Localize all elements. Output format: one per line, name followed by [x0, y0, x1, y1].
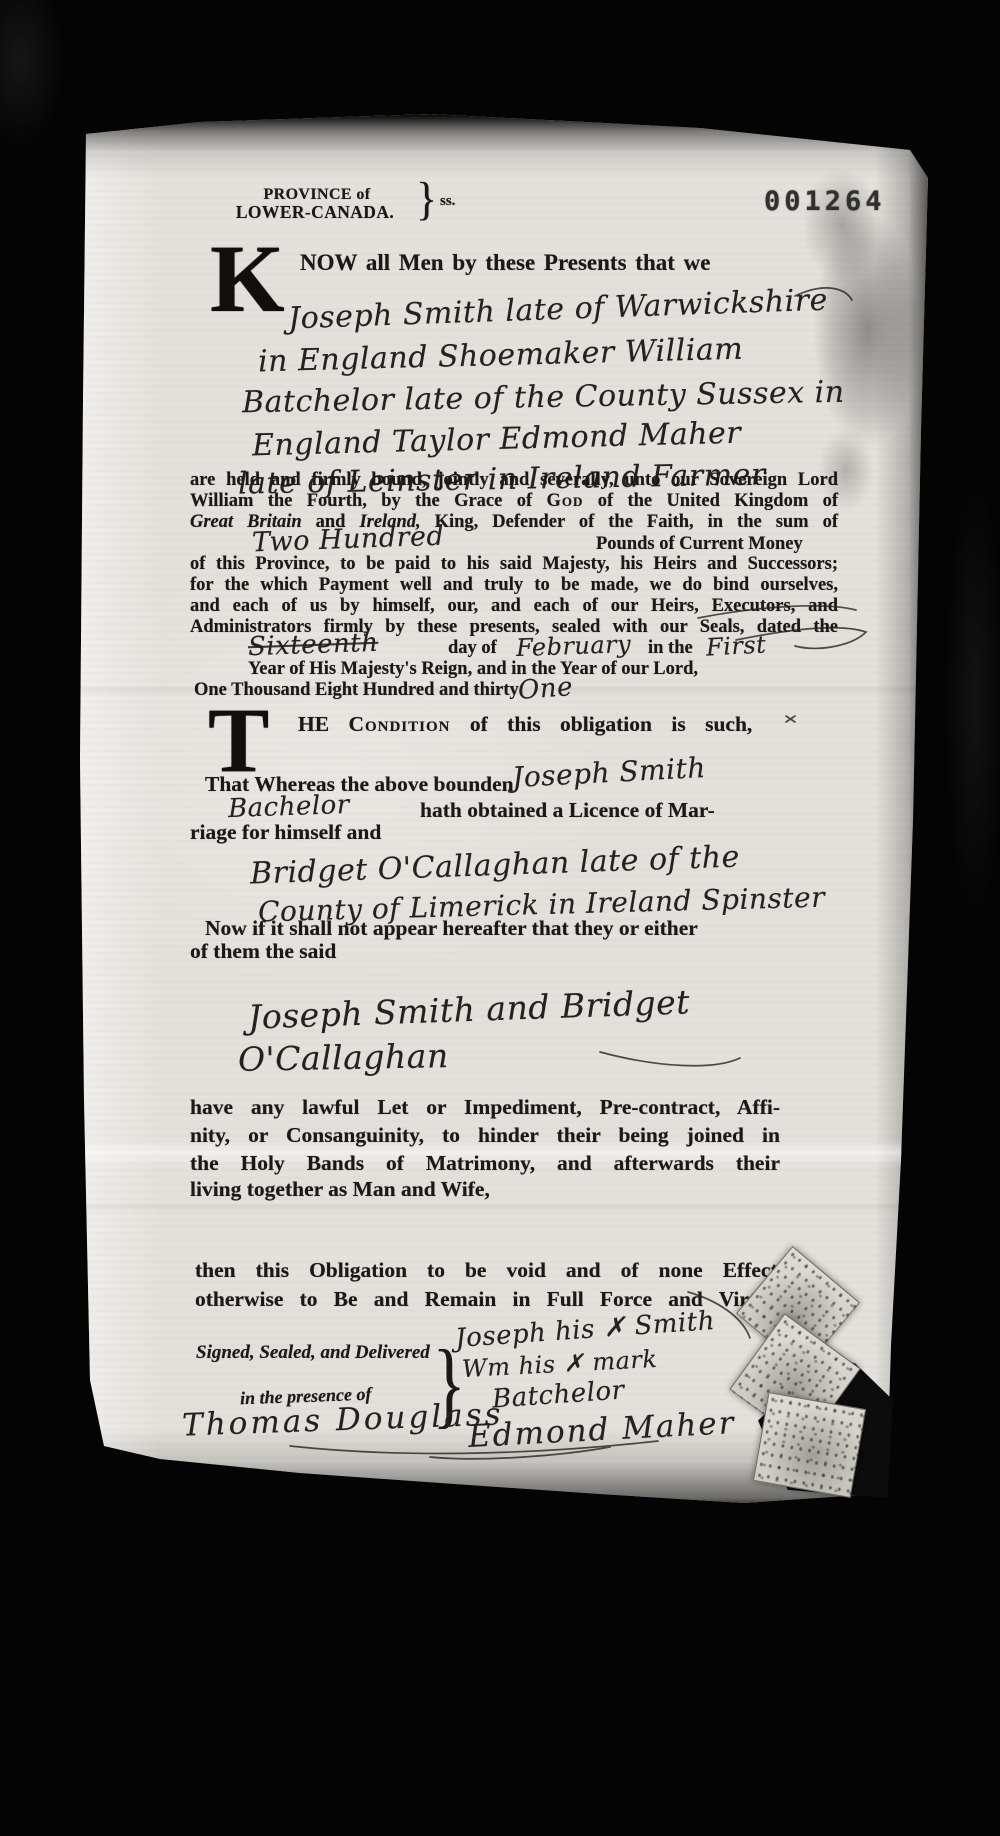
- dropcap-t: T: [208, 702, 269, 778]
- whereas-line2: hath obtained a Licence of Mar-: [420, 798, 715, 823]
- now-if-line2: of them the said: [190, 939, 336, 964]
- condition-heading: HE Condition of this obligation is such,: [298, 712, 846, 737]
- bond-line2-a: William the Fourth, by the Grace of: [190, 491, 532, 511]
- handwritten-groom-status: Bachelor: [228, 790, 351, 824]
- bond-clause-line1: are held and firmly bound, jointly and s…: [190, 470, 838, 491]
- handwritten-month: February: [516, 630, 632, 662]
- handwritten-day: Sixteenth: [248, 628, 379, 663]
- impediment-line1: have any lawful Let or Impediment, Pre-c…: [190, 1093, 780, 1122]
- now-if-line1: Now if it shall not appear hereafter tha…: [205, 916, 698, 941]
- attestation-line1: Signed, Sealed, and Delivered: [196, 1342, 430, 1364]
- whereas-line3: riage for himself and: [190, 820, 381, 845]
- dropcap-k: K: [210, 240, 285, 318]
- bond-line3-rest: King, Defender of the Faith, in the sum …: [435, 512, 838, 532]
- handwritten-year-one: One: [517, 672, 574, 706]
- bond-line2-god: God: [546, 491, 583, 511]
- serial-number-stamp: 001264: [764, 186, 886, 217]
- impediment-line3: the Holy Bands of Matrimony, and afterwa…: [190, 1149, 780, 1178]
- impediment-line2: nity, or Consanguinity, to hinder their …: [190, 1121, 780, 1150]
- regnal-line: Year of His Majesty's Reign, and in the …: [248, 659, 698, 680]
- bond-clause-line5: of this Province, to be paid to his said…: [190, 554, 838, 575]
- header-ss-abbreviation: ss.: [440, 193, 455, 210]
- header-brace: }: [416, 173, 437, 227]
- paper-seal-bottom: [753, 1392, 866, 1498]
- condition-word: Condition: [348, 712, 450, 736]
- handwritten-regnal-year: First: [705, 630, 767, 661]
- condition-rest: of this obligation is such,: [470, 712, 752, 736]
- printed-day-of: day of: [448, 638, 497, 659]
- province-header-line2: LOWER-CANADA.: [206, 202, 424, 223]
- bond-clause-line7: and each of us by himself, our, and each…: [190, 596, 838, 617]
- impediment-line4: living together as Man and Wife,: [190, 1177, 490, 1202]
- bond-clause-line2: William the Fourth, by the Grace of God …: [190, 491, 838, 512]
- know-all-men-line: NOW all Men by these Presents that we: [300, 250, 710, 276]
- bond-clause-line4: Pounds of Current Money: [596, 534, 803, 555]
- bond-clause-line6: for the which Payment well and truly to …: [190, 575, 838, 596]
- handwritten-couple-line2: O'Callaghan: [238, 1036, 449, 1079]
- condition-he: HE: [298, 712, 329, 736]
- bond-line2-b: of the United Kingdom of: [598, 491, 838, 511]
- scanned-document-page: PROVINCE of LOWER-CANADA. } ss. 001264 K…: [0, 0, 1000, 1836]
- void-clause-line1: then this Obligation to be void and of n…: [195, 1256, 783, 1285]
- printed-in-the: in the: [648, 638, 693, 659]
